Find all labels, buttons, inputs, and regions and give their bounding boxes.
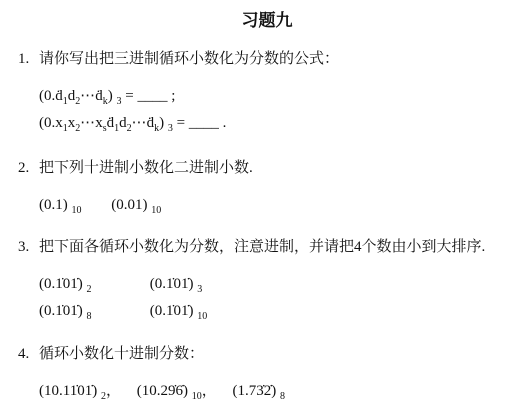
number-value: (0.1̇01̇) 3 <box>150 272 203 296</box>
formula-line: (0.ḋ1d2⋯ḋk) 3 = ____ ; <box>39 84 516 108</box>
problem-text: 循环小数化十进制分数： <box>39 344 516 365</box>
problem-3: 3. 把下面各循环小数化为分数，注意进制，并请把4个数由小到大排序. (0.1̇… <box>18 237 516 323</box>
values-line: (0.1) 10 (0.01) 10 <box>39 193 516 217</box>
problem-3-stem: 3. 把下面各循环小数化为分数，注意进制，并请把4个数由小到大排序. <box>18 237 516 258</box>
number-value: (0.1) 10 <box>39 193 82 217</box>
values-line: (0.1̇01̇) 8 (0.1̇01̇) 10 <box>39 299 516 323</box>
number-value: (10.11̇01̇) 2， <box>39 379 121 403</box>
number-value: (1.73̇2̇) 8 <box>232 379 285 403</box>
number-value: (0.01) 10 <box>111 193 161 217</box>
number-value: (10.29̇6̇) 10， <box>137 379 217 403</box>
problem-2: 2. 把下列十进制小数化二进制小数. (0.1) 10 (0.01) 10 <box>18 158 516 217</box>
problem-text: 请你写出把三进制循环小数化为分数的公式： <box>39 49 516 70</box>
worksheet-page: 习题九 1. 请你写出把三进制循环小数化为分数的公式： (0.ḋ1d2⋯ḋk) … <box>0 0 524 403</box>
problem-number: 4. <box>18 344 39 365</box>
page-title: 习题九 <box>18 8 516 32</box>
problem-text: 把下列十进制小数化二进制小数. <box>39 158 516 179</box>
problem-2-stem: 2. 把下列十进制小数化二进制小数. <box>18 158 516 179</box>
values-line: (0.1̇01̇) 2 (0.1̇01̇) 3 <box>39 272 516 296</box>
values-line: (10.11̇01̇) 2， (10.29̇6̇) 10， (1.73̇2̇) … <box>39 379 516 403</box>
problem-number: 2. <box>18 158 39 179</box>
formula-line: (0.x1x2⋯xsḋ1d2⋯ḋk) 3 = ____ . <box>39 111 516 135</box>
problem-1: 1. 请你写出把三进制循环小数化为分数的公式： (0.ḋ1d2⋯ḋk) 3 = … <box>18 49 516 135</box>
number-value: (0.1̇01̇) 2 <box>39 272 146 296</box>
number-value: (0.1̇01̇) 8 <box>39 299 146 323</box>
problem-1-stem: 1. 请你写出把三进制循环小数化为分数的公式： <box>18 49 516 70</box>
problem-4-stem: 4. 循环小数化十进制分数： <box>18 344 516 365</box>
number-value: (0.1̇01̇) 10 <box>150 299 208 323</box>
problem-text: 把下面各循环小数化为分数，注意进制，并请把4个数由小到大排序. <box>39 237 516 258</box>
problem-number: 3. <box>18 237 39 258</box>
problem-4: 4. 循环小数化十进制分数： (10.11̇01̇) 2， (10.29̇6̇)… <box>18 344 516 403</box>
problem-number: 1. <box>18 49 39 70</box>
